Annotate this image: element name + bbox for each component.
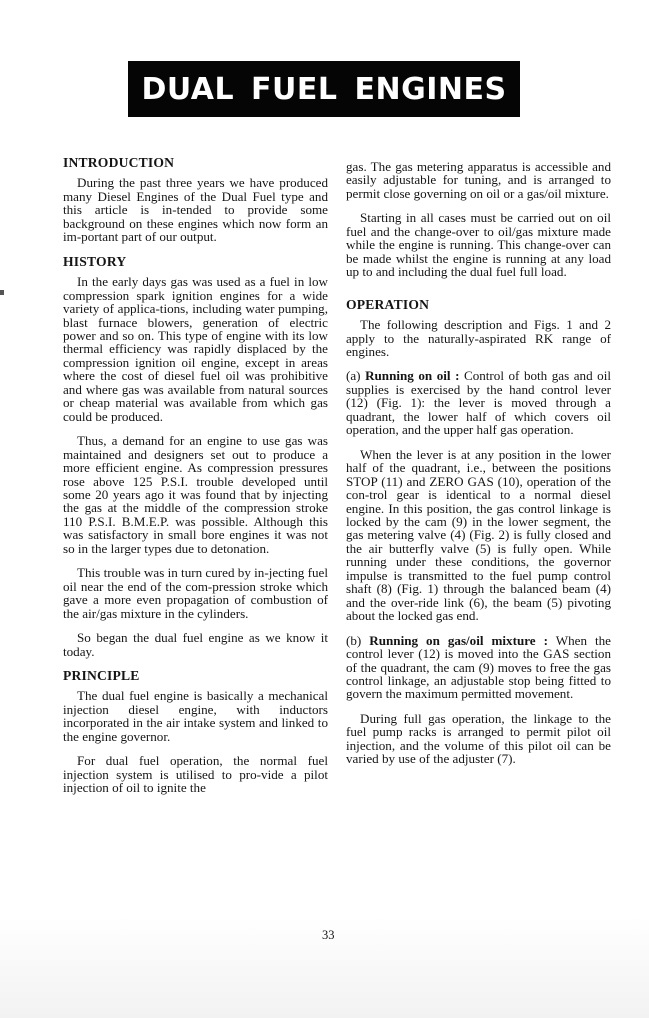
paragraph-running-on-gas-oil: (b) Running on gas/oil mixture : When th…	[346, 634, 611, 701]
paragraph-running-on-oil: (a) Running on oil : Control of both gas…	[346, 369, 611, 436]
page-number: 33	[322, 928, 335, 943]
paragraph: During the past three years we have prod…	[63, 176, 328, 243]
paragraph: So began the dual fuel engine as we know…	[63, 631, 328, 658]
heading-introduction: INTRODUCTION	[63, 156, 328, 169]
paragraph: Starting in all cases must be carried ou…	[346, 211, 611, 278]
heading-history: HISTORY	[63, 255, 328, 268]
paragraph: In the early days gas was used as a fuel…	[63, 275, 328, 423]
paragraph: For dual fuel operation, the normal fuel…	[63, 754, 328, 794]
paragraph: When the lever is at any position in the…	[346, 448, 611, 623]
paragraph: This trouble was in turn cured by in-jec…	[63, 566, 328, 620]
left-column: INTRODUCTION During the past three years…	[63, 156, 328, 806]
paragraph: The dual fuel engine is basically a mech…	[63, 689, 328, 743]
scan-margin-mark	[0, 290, 4, 295]
paragraph: The following description and Figs. 1 an…	[346, 318, 611, 358]
title-banner: DUAL FUEL ENGINES	[128, 61, 520, 117]
page-title: DUAL FUEL ENGINES	[141, 72, 506, 107]
paragraph-continued: gas. The gas metering apparatus is acces…	[346, 160, 611, 200]
heading-operation: OPERATION	[346, 298, 611, 311]
paragraph: Thus, a demand for an engine to use gas …	[63, 434, 328, 555]
paragraph: During full gas operation, the linkage t…	[346, 712, 611, 766]
right-column: gas. The gas metering apparatus is acces…	[346, 160, 611, 777]
heading-principle: PRINCIPLE	[63, 669, 328, 682]
